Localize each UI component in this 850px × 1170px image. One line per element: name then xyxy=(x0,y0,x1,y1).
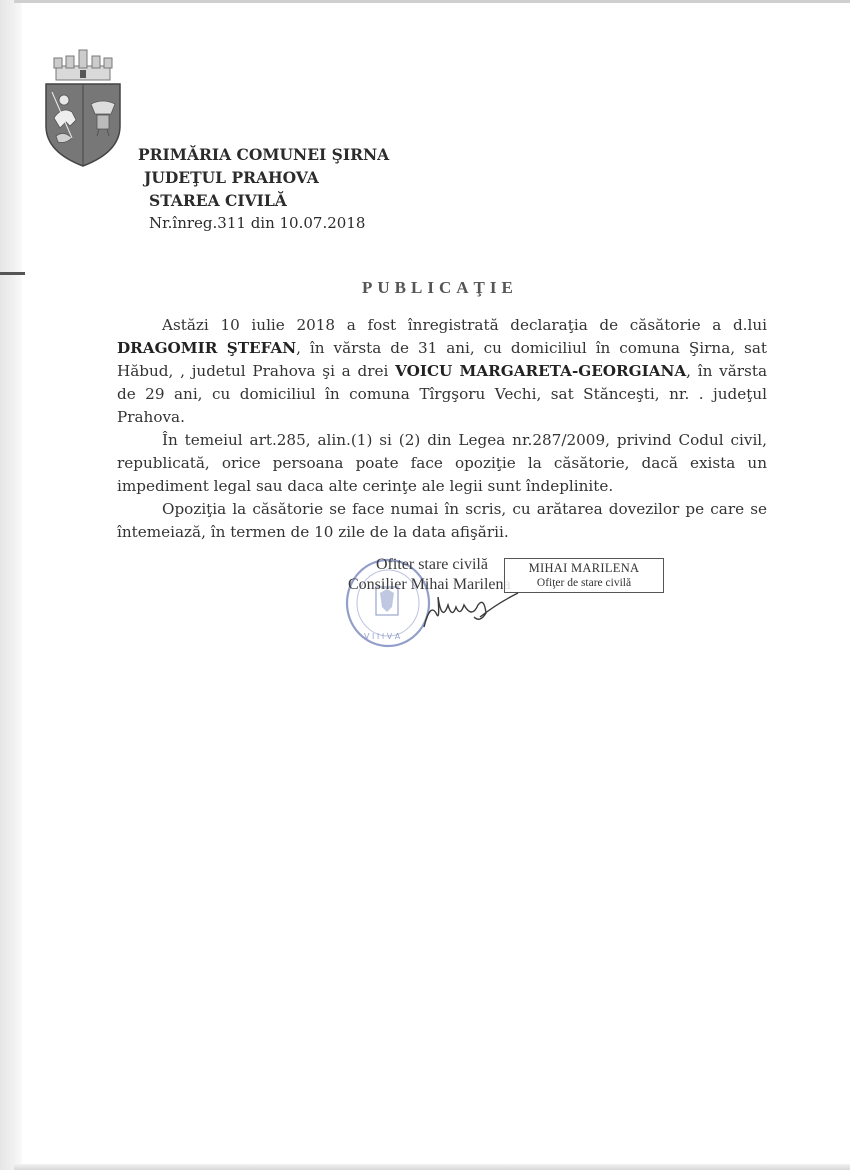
stamp-role: Ofiţer de stare civilă xyxy=(505,576,663,590)
scan-top-edge xyxy=(14,0,850,3)
name-stamp: MIHAI MARILENA Ofiţer de stare civilă xyxy=(504,558,664,593)
document-title: PUBLICAŢIE xyxy=(362,278,518,298)
groom-name: DRAGOMIR ŞTEFAN xyxy=(117,339,296,357)
bride-name: VOICU MARGARETA-GEORGIANA xyxy=(395,362,686,380)
county-name: JUDEŢUL PRAHOVA xyxy=(144,166,389,189)
signatory-role: Ofiter stare civilă xyxy=(376,555,511,575)
coat-of-arms-icon xyxy=(42,48,124,168)
paragraph-declaration: Astăzi 10 iulie 2018 a fost înregistrată… xyxy=(117,314,767,429)
signature-block: V I I I V A Ofiter stare civilă Consilie… xyxy=(340,555,680,665)
department-name: STAREA CIVILĂ xyxy=(149,189,389,212)
scan-bottom-edge xyxy=(14,1164,850,1170)
document-body: Astăzi 10 iulie 2018 a fost înregistrată… xyxy=(117,314,767,544)
paragraph-legal-basis: În temeiul art.285, alin.(1) si (2) din … xyxy=(117,429,767,498)
institution-name: PRIMĂRIA COMUNEI ŞIRNA xyxy=(138,143,389,166)
registration-number: Nr.înreg.311 din 10.07.2018 xyxy=(149,212,389,235)
scan-left-edge xyxy=(0,0,22,1170)
scan-mark xyxy=(0,272,25,275)
declaration-intro: Astăzi 10 iulie 2018 a fost înregistrată… xyxy=(162,316,767,334)
document-header: PRIMĂRIA COMUNEI ŞIRNA JUDEŢUL PRAHOVA S… xyxy=(138,143,389,235)
paragraph-opposition: Opoziţia la căsătorie se face numai în s… xyxy=(117,498,767,544)
svg-text:V I I I V A: V I I I V A xyxy=(364,632,401,641)
handwritten-signature-icon xyxy=(422,583,522,633)
stamp-name: MIHAI MARILENA xyxy=(505,561,663,576)
